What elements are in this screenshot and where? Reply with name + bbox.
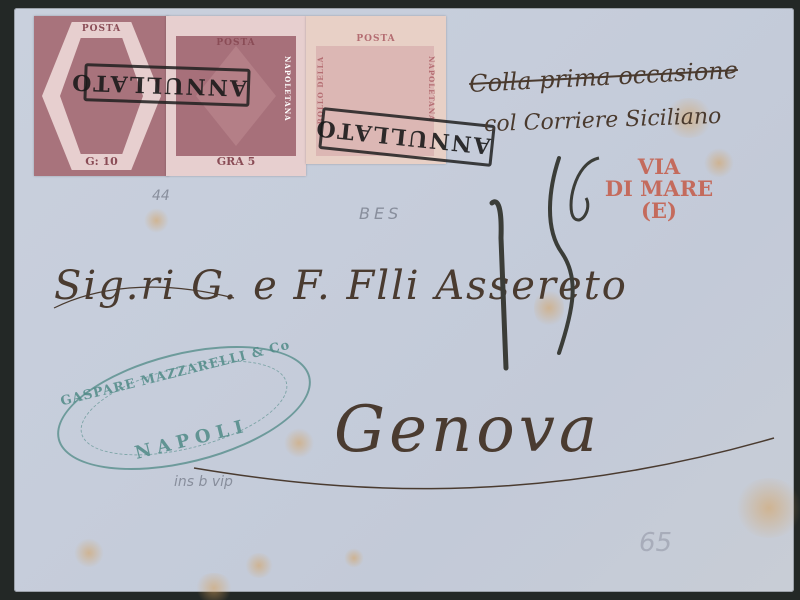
addressee: Sig.ri G. e F. Flli Assereto <box>54 263 628 309</box>
stamp-side-label: NAPOLETANA <box>283 56 292 122</box>
pencil-note: ins b vip <box>174 474 233 490</box>
transit-line: (E) <box>604 200 714 222</box>
transit-line: DI MARE <box>604 178 714 200</box>
postal-cover: POSTA G: 10 POSTA NAPOLETANA GRA 5 POSTA… <box>14 8 794 592</box>
sender-cachet: GASPARE MAZZARELLI & Co NAPOLI <box>45 323 324 493</box>
stamp-posta-label: POSTA <box>166 38 306 48</box>
pencil-note: 44 <box>152 188 170 204</box>
stamp-side-label: NAPOLETANA <box>427 56 436 122</box>
stamp-value: GRA 5 <box>166 155 306 168</box>
destination-city: Genova <box>334 393 601 467</box>
stamp-value: G: 10 <box>34 155 169 168</box>
stamp-posta-label: POSTA <box>34 24 169 34</box>
stamp-posta-label: POSTA <box>306 34 446 44</box>
pencil-note: 65 <box>639 528 672 558</box>
cancel-text: ANNULLATO <box>70 69 248 101</box>
annullato-cancel: ANNULLATO <box>83 63 250 107</box>
pencil-note: BES <box>359 204 402 223</box>
transit-line: VIA <box>604 156 714 178</box>
route-line-1: Colla prima occasione <box>468 56 738 98</box>
via-di-mare-mark: VIA DI MARE (E) <box>604 156 714 222</box>
